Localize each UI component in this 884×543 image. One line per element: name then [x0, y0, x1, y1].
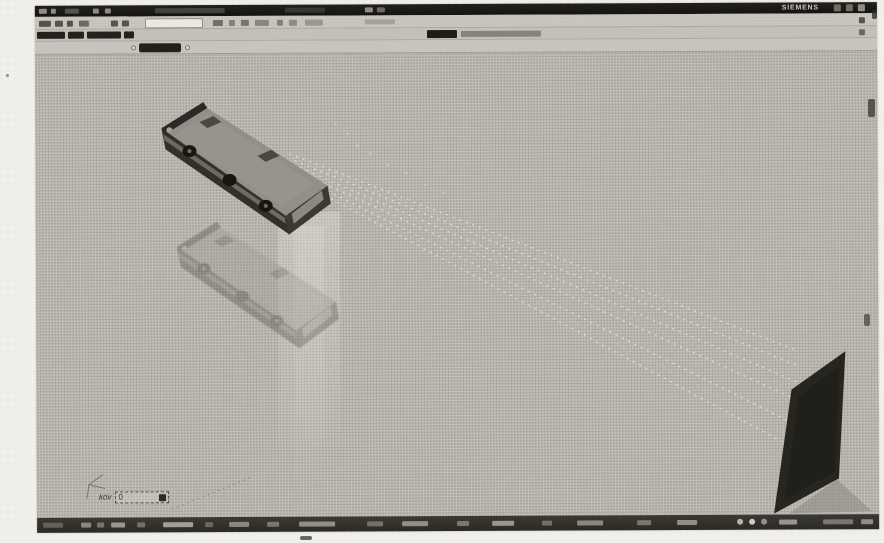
status-segment [43, 523, 63, 528]
status-segment [81, 523, 91, 528]
status-segment [492, 521, 514, 526]
toolbar-smudge [365, 19, 395, 24]
siemens-logo: SIEMENS [782, 3, 819, 12]
overlay-spinner-icon[interactable] [159, 494, 166, 501]
toolbar-button[interactable] [122, 20, 129, 26]
status-segment [137, 522, 145, 527]
status-bar [37, 514, 879, 533]
menu-glyph[interactable] [51, 9, 56, 14]
status-indicator-icon [737, 519, 743, 525]
status-segment [163, 522, 193, 527]
software-screenshot: SIEMENS [35, 2, 879, 533]
viewer-caption-text-smudge [461, 31, 541, 37]
dashed-projection-rays-faint [294, 155, 804, 434]
status-segment [229, 522, 249, 527]
status-indicator-icon [761, 519, 767, 525]
toolbar-button[interactable] [229, 20, 235, 26]
panel-pin-icon[interactable] [859, 29, 865, 35]
speckle-trail [334, 122, 444, 194]
toolbar-button[interactable] [39, 21, 51, 27]
splitter-dot[interactable] [131, 45, 136, 50]
scan-artifact [6, 74, 9, 77]
toolbar-combo-field[interactable] [145, 18, 203, 28]
status-segment [402, 521, 428, 526]
status-segment [97, 523, 104, 528]
overlay-value: 0 [118, 492, 122, 502]
scan-artifact [300, 536, 312, 540]
status-segment [677, 520, 697, 525]
status-segment [367, 521, 383, 526]
titlebar-text-smudge [155, 8, 225, 13]
toolbar-button[interactable] [277, 20, 283, 26]
graphic-viewer-3d-viewport[interactable]: kov 0 [35, 51, 879, 518]
close-icon[interactable] [858, 4, 865, 11]
status-segment [111, 522, 125, 527]
titlebar-glyph [377, 7, 385, 12]
scanned-figure-page: { "window": { "brand": "SIEMENS", "contr… [0, 0, 884, 543]
toolbar-button[interactable] [289, 20, 297, 26]
scan-artifact [864, 314, 870, 326]
viewer-caption-badge [427, 30, 457, 38]
dashed-projection-rays [290, 151, 805, 443]
status-segment [637, 520, 651, 525]
collapsed-panel-tab[interactable] [139, 43, 181, 52]
toolbar-button[interactable] [55, 21, 63, 27]
toolbar-button[interactable] [859, 17, 865, 23]
titlebar-glyph [365, 7, 373, 12]
toolbar-button[interactable] [255, 20, 269, 26]
toolbar-button[interactable] [79, 21, 89, 27]
bus-3d-model[interactable] [153, 94, 334, 237]
titlebar-text-smudge [285, 8, 325, 13]
maximize-icon[interactable] [846, 4, 853, 11]
toolbar-button[interactable] [213, 20, 223, 26]
study-file-tab[interactable] [124, 31, 134, 38]
status-indicator-icon [749, 519, 755, 525]
menu-glyph[interactable] [93, 9, 99, 14]
splitter-dot[interactable] [185, 45, 190, 50]
scan-artifact [868, 99, 875, 117]
status-segment [542, 521, 552, 526]
status-segment [861, 519, 873, 524]
menu-glyph[interactable] [65, 9, 79, 14]
floor-dotted-guide [172, 477, 252, 509]
status-segment [823, 519, 853, 524]
minimize-icon[interactable] [834, 4, 841, 11]
app-icon [39, 9, 47, 14]
viewport-overlay-input: kov 0 [99, 491, 170, 503]
menu-glyph[interactable] [105, 9, 111, 14]
scan-artifact [872, 10, 877, 19]
toolbar-button[interactable] [67, 21, 73, 27]
toolbar-button[interactable] [111, 20, 118, 26]
toolbar-button[interactable] [305, 20, 323, 26]
status-segment [779, 520, 797, 525]
status-segment [205, 522, 213, 527]
toolbar-button[interactable] [241, 20, 249, 26]
study-file-tab[interactable] [87, 31, 121, 38]
status-segment [457, 521, 469, 526]
status-segment [577, 520, 603, 525]
study-file-tab[interactable] [68, 32, 84, 39]
study-file-tab[interactable] [37, 32, 65, 39]
overlay-value-box[interactable]: 0 [115, 491, 169, 503]
status-segment [267, 522, 279, 527]
status-segment [299, 522, 335, 527]
overlay-input-label: kov [99, 492, 112, 504]
